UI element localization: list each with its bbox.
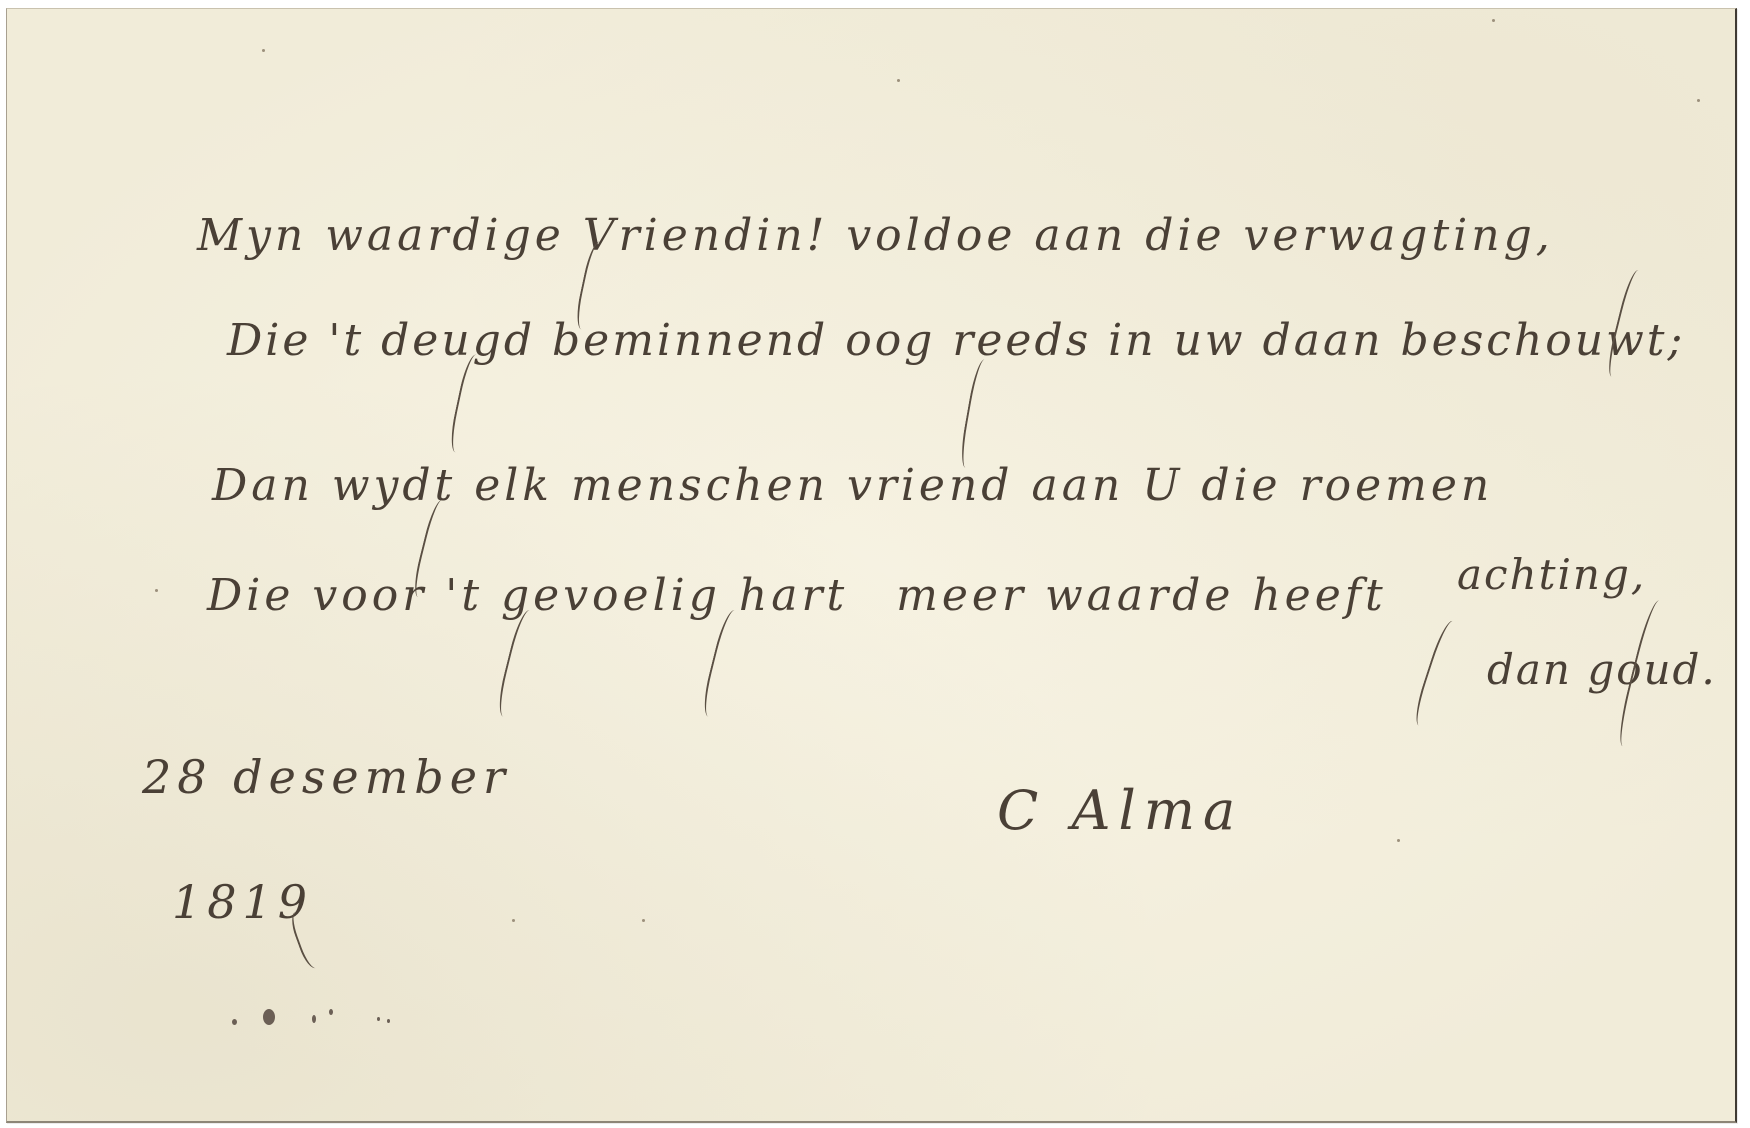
poem-line-3: Dan wydt elk menschen vriend aan U die r… [212, 464, 1493, 508]
paper-speck [1697, 99, 1700, 102]
ink-blot [312, 1015, 316, 1023]
signature: C Alma [997, 784, 1243, 838]
paper-speck [262, 49, 265, 52]
ink-blot [377, 1017, 380, 1021]
poem-line-4-middle: meer waarde heeft [896, 570, 1387, 621]
poem-line-4: Die voor 't gevoelig hart meer waarde he… [207, 574, 1387, 618]
paper-speck [897, 79, 900, 82]
descender-flourish [494, 608, 544, 721]
poem-line-4-end: dan goud. [1487, 649, 1717, 691]
descender-flourish [958, 358, 997, 470]
descender-flourish [699, 608, 749, 721]
paper-speck [155, 589, 158, 592]
paper-speck [512, 919, 515, 922]
ink-blot [329, 1009, 333, 1015]
descender-flourish [447, 353, 489, 455]
date-day-month: 28 desember [142, 754, 511, 800]
ink-blot [232, 1019, 237, 1025]
poem-insert-achting: achting, [1457, 554, 1646, 596]
poem-line-1: Myn waardige Vriendin! voldoe aan die ve… [197, 214, 1554, 258]
descender-flourish [287, 907, 328, 971]
poem-line-2: Die 't deugd beminnend oog reeds in uw d… [227, 319, 1685, 363]
paper-speck [642, 919, 645, 922]
paper-speck [1492, 19, 1495, 22]
handwritten-card: Myn waardige Vriendin! voldoe aan die ve… [6, 8, 1737, 1123]
ink-blot [263, 1009, 275, 1025]
descender-flourish [1411, 618, 1466, 729]
ink-blot [387, 1019, 390, 1023]
paper-speck [1397, 839, 1400, 842]
